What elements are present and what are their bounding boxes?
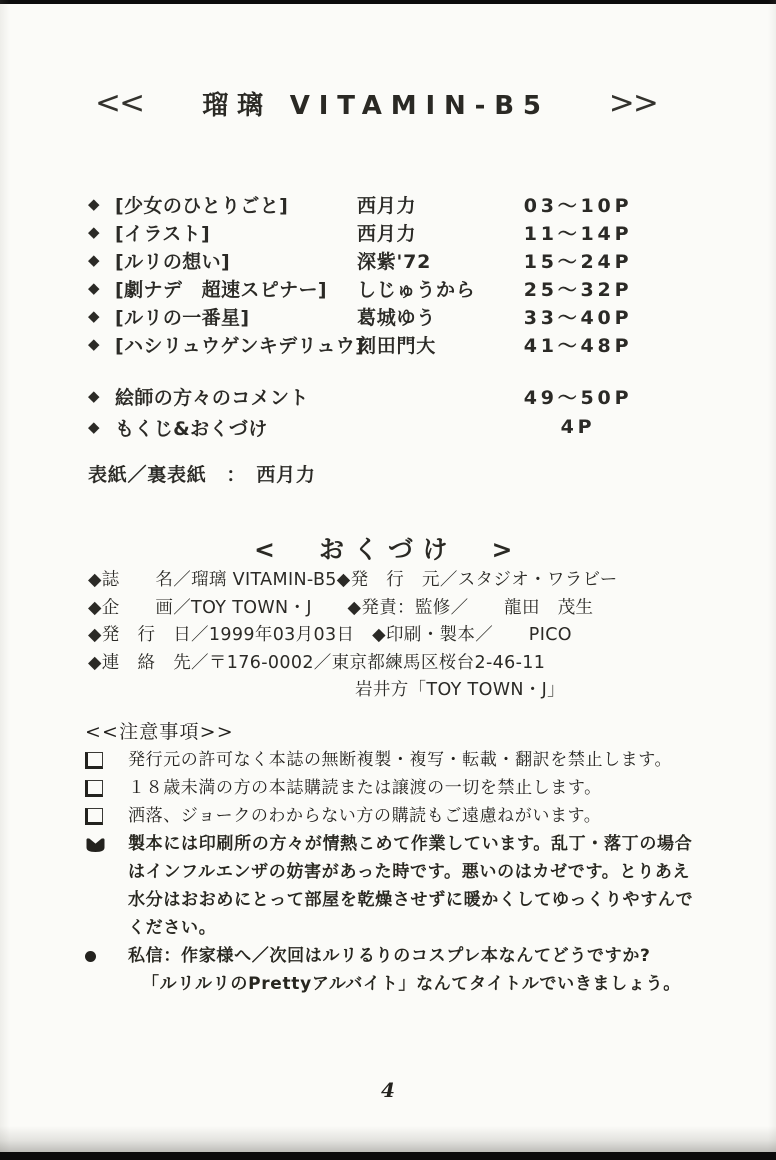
toc-entry-author: 刻田門大	[357, 331, 520, 358]
colophon-header: < おくづけ >	[0, 530, 776, 566]
note-text-line: ください。	[128, 914, 693, 942]
title-right-bracket: >>	[609, 85, 657, 121]
table-of-contents: ◆ [少女のひとりごと] 西月力 03〜10P ◆ [イラスト] 西月力 11〜…	[88, 190, 718, 441]
note-item: 製本には印刷所の方々が情熱こめて作業しています。乱丁・落丁の場合 はインフルエン…	[85, 830, 745, 942]
toc-entry-title: 絵師の方々のコメント	[115, 383, 520, 410]
toc-row: ◆ [劇ナデ 超速スピナー] しじゅうから 25〜32P	[88, 274, 718, 302]
diamond-bullet-icon: ◆	[88, 389, 115, 404]
diamond-bullet-icon: ◆	[88, 225, 115, 240]
toc-row: ◆ [イラスト] 西月力 11〜14P	[88, 218, 718, 246]
toc-row: ◆ 絵師の方々のコメント 49〜50P	[88, 382, 718, 410]
colophon-line: ◆誌 名／瑠璃 VITAMIN-B5◆発 行 元／スタジオ・ワラビー	[88, 567, 728, 595]
note-item: 発行元の許可なく本誌の無断複製・複写・転載・翻訳を禁止します。	[85, 746, 745, 774]
scan-edge-top	[0, 0, 776, 4]
note-text-line: 製本には印刷所の方々が情熱こめて作業しています。乱丁・落丁の場合	[128, 830, 693, 858]
scan-shadow-bottom	[0, 1126, 776, 1152]
toc-entry-pages: 33〜40P	[520, 303, 636, 330]
toc-row: ◆ [ルリの想い] 深紫'72 15〜24P	[88, 246, 718, 274]
toc-entry-pages: 49〜50P	[520, 383, 636, 410]
note-text: １８歳未満の方の本誌購読または譲渡の一切を禁止します。	[128, 774, 602, 802]
toc-entry-title: [ハシリュウゲンキデリュウ]	[115, 331, 357, 358]
toc-entry-pages: 4P	[520, 416, 636, 438]
toc-entry-title: [ルリの想い]	[115, 247, 357, 274]
toc-entry-pages: 15〜24P	[520, 247, 636, 274]
diamond-bullet-icon: ◆	[88, 281, 115, 296]
checkbox-icon	[85, 780, 103, 797]
title-left-bracket: <<	[95, 85, 143, 121]
toc-entry-pages: 11〜14P	[520, 219, 636, 246]
toc-row: ◆ もくじ&おくづけ 4P	[88, 413, 718, 441]
notes-header: <<注意事項>>	[85, 718, 745, 746]
notes-section: <<注意事項>> 発行元の許可なく本誌の無断複製・複写・転載・翻訳を禁止します。…	[85, 718, 745, 998]
note-text: 洒落、ジョークのわからない方の購読もご遠慮ねがいます。	[128, 802, 601, 830]
toc-entry-author: 西月力	[357, 191, 520, 218]
scan-edge-right	[768, 0, 776, 1160]
page-title: << 瑠璃 VITAMIN-B5 >>	[95, 84, 657, 122]
toc-entry-author: 深紫'72	[357, 247, 520, 274]
toc-row: ◆ [ハシリュウゲンキデリュウ] 刻田門大 41〜48P	[88, 330, 718, 358]
toc-entry-pages: 25〜32P	[520, 275, 636, 302]
scanned-doujinshi-page: << 瑠璃 VITAMIN-B5 >> ◆ [少女のひとりごと] 西月力 03〜…	[0, 0, 776, 1160]
scan-edge-bottom	[0, 1152, 776, 1160]
toc-entry-title: もくじ&おくづけ	[115, 414, 520, 441]
diamond-bullet-icon: ◆	[88, 309, 115, 324]
diamond-bullet-icon: ◆	[88, 253, 115, 268]
toc-entry-title: [劇ナデ 超速スピナー]	[115, 275, 357, 302]
toc-entry-pages: 03〜10P	[520, 191, 636, 218]
checkbox-icon	[85, 808, 103, 825]
toc-entry-title: [ルリの一番星]	[115, 303, 357, 330]
colophon-line: ◆発 行 日／1999年03月03日 ◆印刷・製本／ PICO	[88, 622, 728, 650]
diamond-bullet-icon: ◆	[88, 197, 115, 212]
note-text-line: 「ルリルリのPrettyアルバイト」なんてタイトルでいきましょう。	[128, 970, 681, 998]
book-icon	[85, 836, 106, 853]
colophon-line: 岩井方「TOY TOWN・J」	[88, 677, 728, 705]
title-text: 瑠璃 VITAMIN-B5	[202, 85, 550, 122]
toc-row: ◆ [ルリの一番星] 葛城ゆう 33〜40P	[88, 302, 718, 330]
note-item: 私信：作家様へ／次回はルリるりのコスプレ本なんてどうですか? 「ルリルリのPre…	[85, 942, 745, 998]
colophon: ◆誌 名／瑠璃 VITAMIN-B5◆発 行 元／スタジオ・ワラビー ◆企 画／…	[88, 567, 728, 705]
dot-bullet-icon	[85, 951, 96, 962]
toc-row: ◆ [少女のひとりごと] 西月力 03〜10P	[88, 190, 718, 218]
cover-credit: 表紙／裏表紙 ： 西月力	[88, 460, 316, 487]
note-item: 洒落、ジョークのわからない方の購読もご遠慮ねがいます。	[85, 802, 745, 830]
colophon-line: ◆企 画／TOY TOWN・J ◆発責：監修／ 龍田 茂生	[88, 595, 728, 623]
toc-entry-author: 葛城ゆう	[357, 303, 520, 330]
toc-entry-pages: 41〜48P	[520, 331, 636, 358]
diamond-bullet-icon: ◆	[88, 420, 115, 435]
note-text-line: 水分はおおめにとって部屋を乾燥させずに暖かくしてゆっくりやすんで	[128, 886, 693, 914]
diamond-bullet-icon: ◆	[88, 337, 115, 352]
note-text: 発行元の許可なく本誌の無断複製・複写・転載・翻訳を禁止します。	[128, 746, 672, 774]
toc-entry-author: 西月力	[357, 219, 520, 246]
note-item: １８歳未満の方の本誌購読または譲渡の一切を禁止します。	[85, 774, 745, 802]
page-number: 4	[0, 1078, 776, 1102]
checkbox-icon	[85, 752, 103, 769]
scan-edge-left	[0, 0, 10, 1160]
toc-entry-title: [イラスト]	[115, 219, 357, 246]
note-text-line: はインフルエンザの妨害があった時です。悪いのはカゼです。とりあえ	[128, 858, 693, 886]
note-text-line: 私信：作家様へ／次回はルリるりのコスプレ本なんてどうですか?	[128, 942, 681, 970]
toc-entry-title: [少女のひとりごと]	[115, 191, 357, 218]
colophon-line: ◆連 絡 先／〒176-0002／東京都練馬区桜台2-46-11	[88, 650, 728, 678]
toc-entry-author: しじゅうから	[357, 275, 520, 302]
